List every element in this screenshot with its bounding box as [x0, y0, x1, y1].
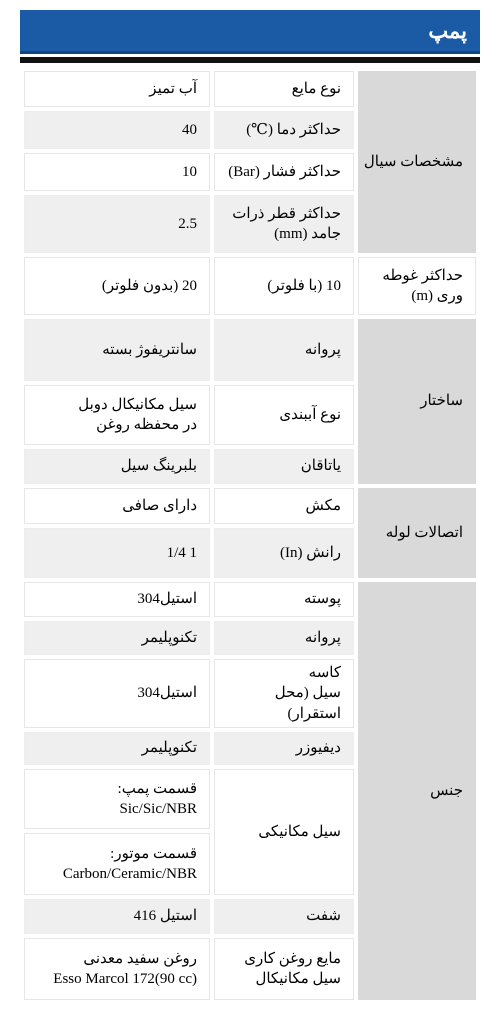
spec-label-seal-housing: کاسه سیل (محل استقرار) [214, 659, 354, 728]
spec-label-suction: مکش [214, 488, 354, 524]
spec-value-impeller-type: سانتریفوژ بسته [24, 319, 210, 381]
spec-label-max-pressure: حداکثر فشار (Bar) [214, 153, 354, 191]
spec-value-max-temp: 40 [24, 111, 210, 149]
category-cell-structure: ساختار [358, 319, 476, 484]
spec-label-impeller-type: پروانه [214, 319, 354, 381]
spec-label-seal-oil: مایع روغن کاری سیل مکانیکال [214, 938, 354, 1000]
spec-value-mech-seal-motor-side: قسمت موتور: Carbon/Ceramic/NBR [24, 833, 210, 895]
spec-value-submersion-without-float: 20 (بدون فلوتر) [24, 257, 210, 315]
spec-value-liquid-type: آب تمیز [24, 71, 210, 107]
spec-value-suction: دارای صافی [24, 488, 210, 524]
page-title-bar: پمپ [20, 10, 480, 54]
category-cell-pipe-connections: اتصالات لوله [358, 488, 476, 578]
spec-label-sealing-type: نوع آببندی [214, 385, 354, 445]
category-cell-fluid-specs: مشخصات سیال [358, 71, 476, 253]
category-cell-material: جنس [358, 582, 476, 1000]
spec-value-max-particle: 2.5 [24, 195, 210, 253]
spec-label-max-temp: حداکثر دما (℃) [214, 111, 354, 149]
spec-value-seal-oil: روغن سفید معدنی Esso Marcol 172(90 cc) [24, 938, 210, 1000]
spec-value-diffuser: تکنوپلیمر [24, 732, 210, 765]
spec-value-impeller-material: تکنوپلیمر [24, 621, 210, 655]
spec-label-impeller-material: پروانه [214, 621, 354, 655]
spec-label-diffuser: دیفیوزر [214, 732, 354, 765]
spec-value-bearing: بلبرینگ سیل [24, 449, 210, 484]
spec-label-casing: پوسته [214, 582, 354, 617]
spec-value-discharge: 1 1/4 [24, 528, 210, 578]
page-title: پمپ [428, 19, 467, 43]
category-cell-max-submersion: حداکثر غوطه وری (m) [358, 257, 476, 315]
spec-label-discharge: رانش (In) [214, 528, 354, 578]
spec-label-liquid-type: نوع مایع [214, 71, 354, 107]
spec-value-shaft: استیل 416 [24, 899, 210, 934]
spec-value-mech-seal-pump-side: قسمت پمپ: Sic/Sic/NBR [24, 769, 210, 829]
spec-value-max-pressure: 10 [24, 153, 210, 191]
spec-value-submersion-with-float: 10 (با فلوتر) [214, 257, 354, 315]
spec-value-seal-housing: استیل304 [24, 659, 210, 728]
spec-value-sealing-type: سیل مکانیکال دوبل در محفظه روغن [24, 385, 210, 445]
page: پمپ مشخصات سیال نوع مایع آب تمیز حداکثر … [0, 0, 500, 1018]
spec-label-max-particle: حداکثر قطر ذرات جامد (mm) [214, 195, 354, 253]
spec-value-casing: استیل304 [24, 582, 210, 617]
spec-label-mechanical-seal: سیل مکانیکی [214, 769, 354, 895]
spec-label-shaft: شفت [214, 899, 354, 934]
pump-spec-table: مشخصات سیال نوع مایع آب تمیز حداکثر دما … [20, 67, 480, 1004]
header-divider [20, 57, 480, 63]
spec-label-bearing: یاتاقان [214, 449, 354, 484]
